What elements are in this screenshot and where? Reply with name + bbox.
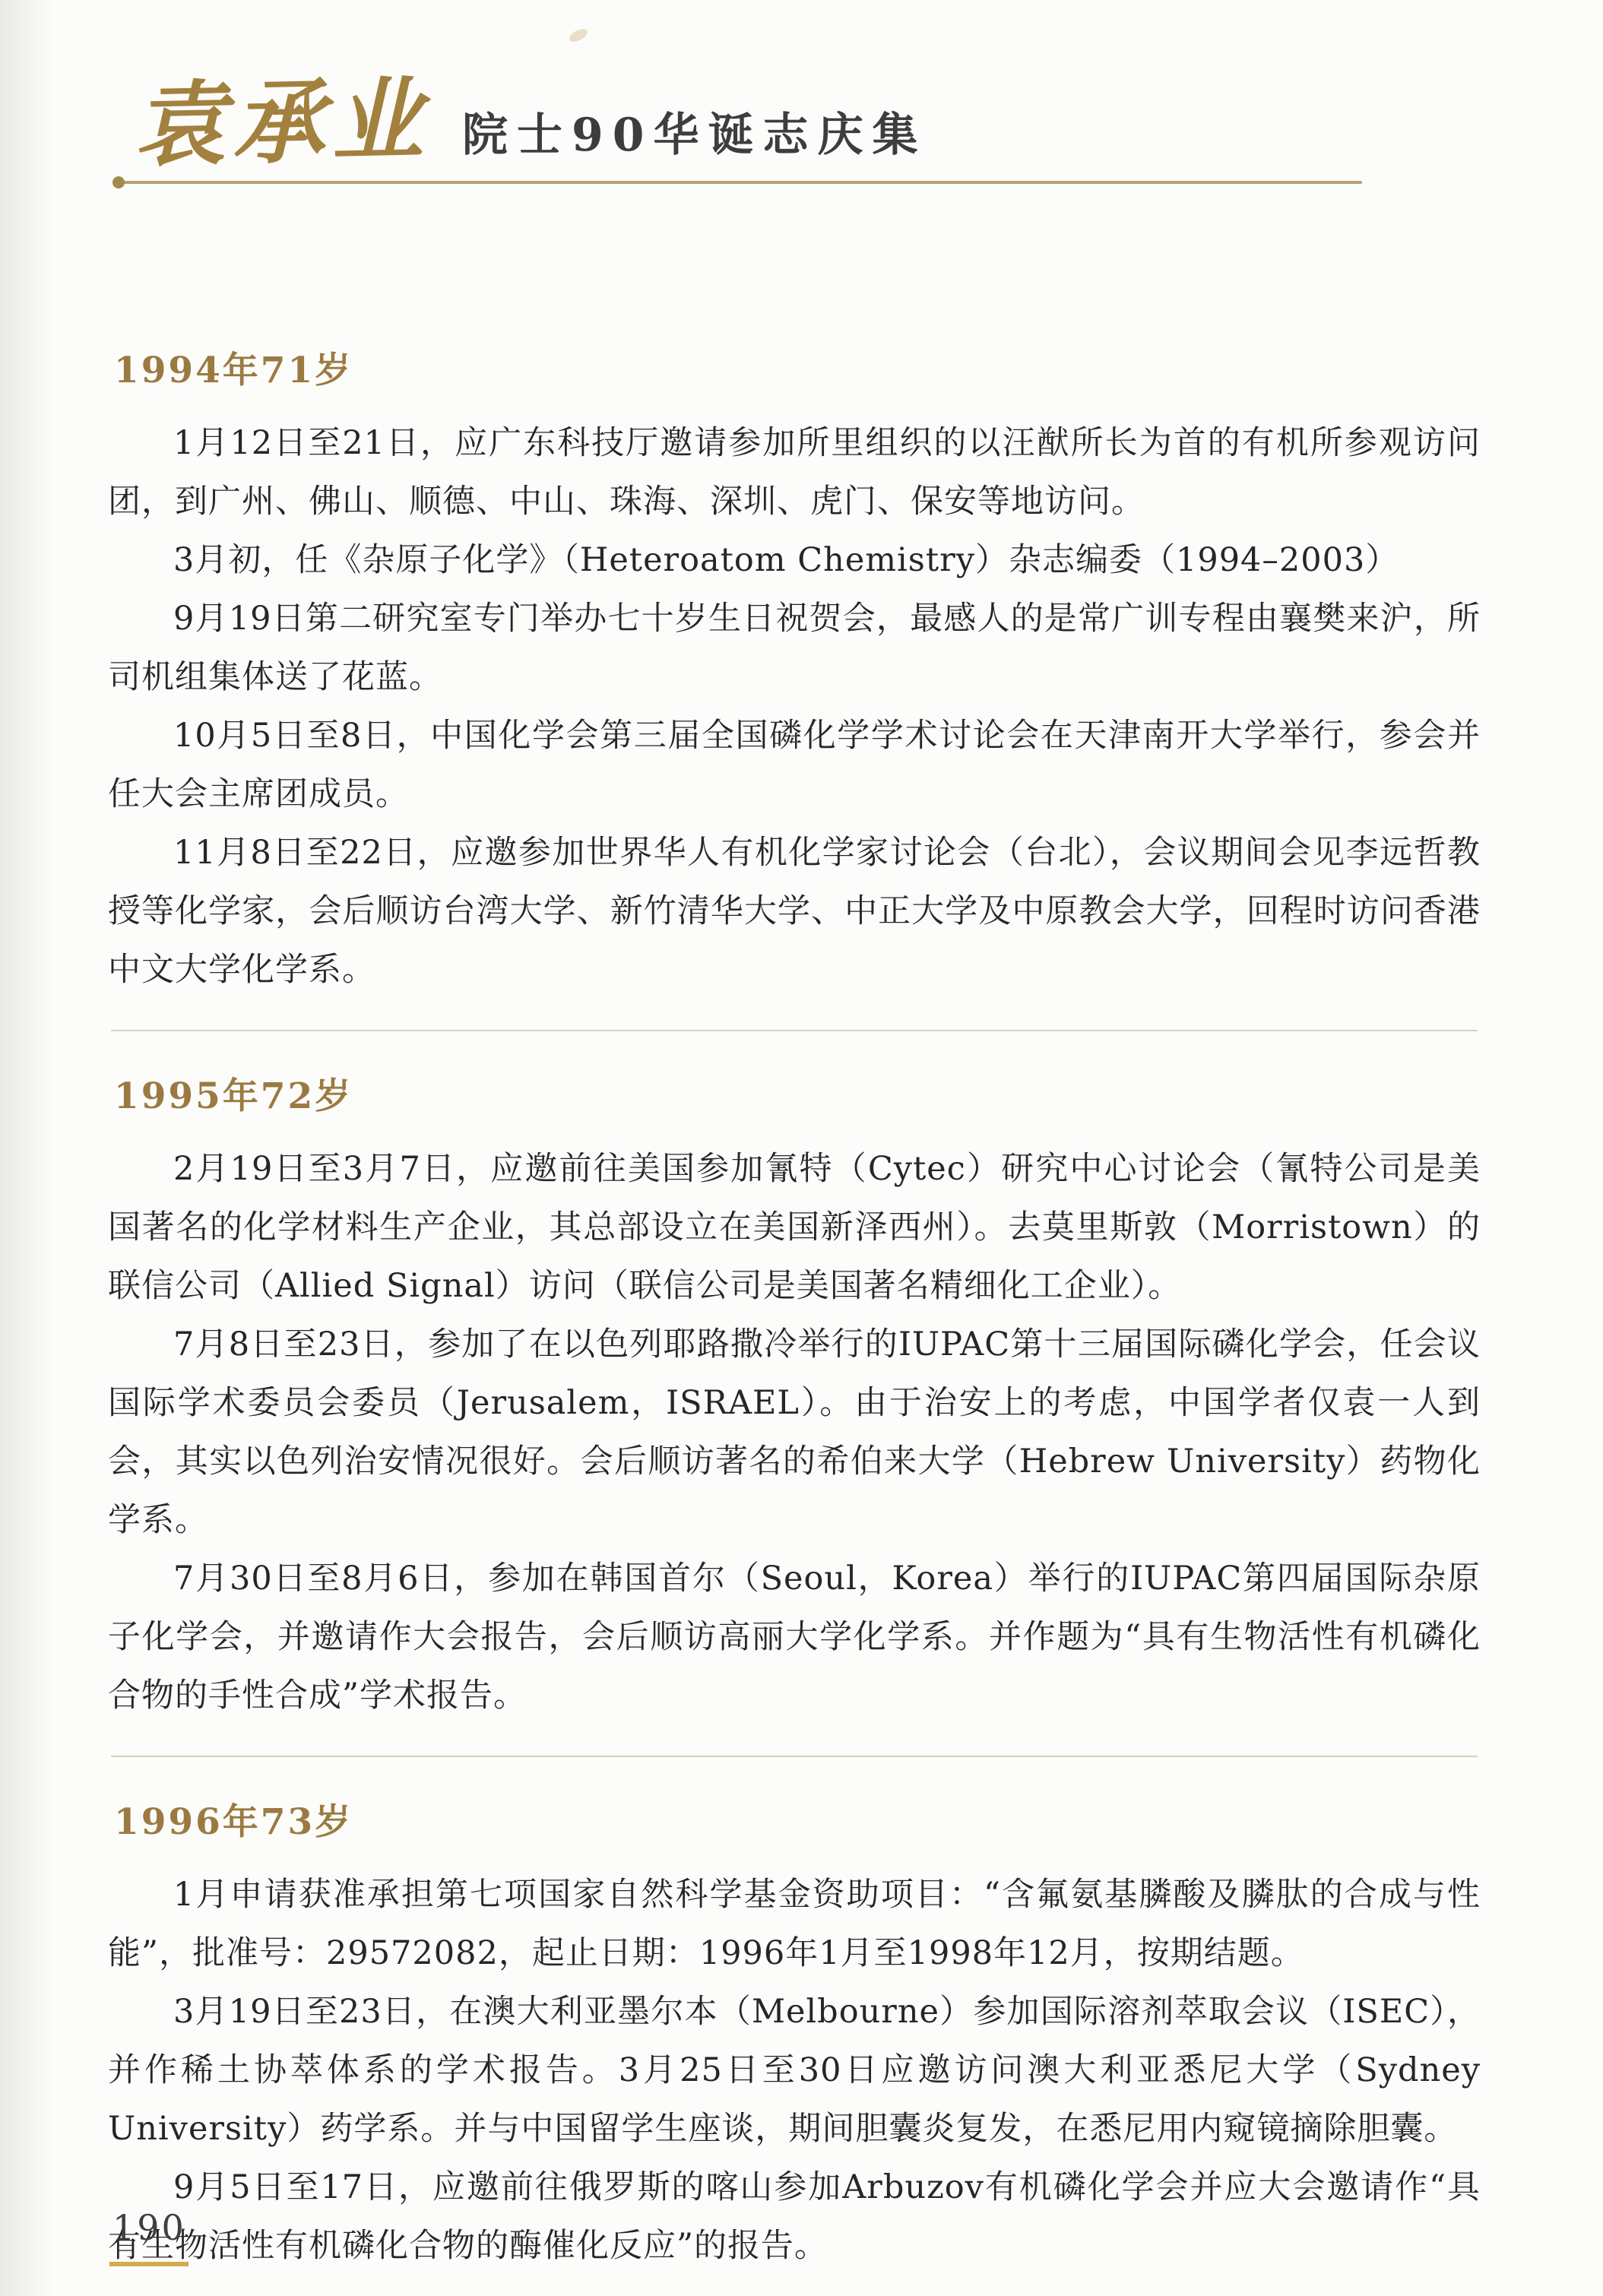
book-title-calligraphy: 袁承业 (133, 70, 432, 176)
header-rule (114, 181, 1362, 184)
section-1995: 1995年72岁 2月19日至3月7日，应邀前往美国参加氰特（Cytec）研究中… (108, 1068, 1481, 1725)
chronicle-entry: 7月30日至8月6日，参加在韩国首尔（Seoul，Korea）举行的IUPAC第… (108, 1550, 1481, 1725)
chronicle-content: 1994年71岁 1月12日至21日，应广东科技厅邀请参加所里组织的以汪猷所长为… (108, 342, 1481, 2275)
chronicle-entry: 3月19日至23日，在澳大利亚墨尔本（Melbourne）参加国际溶剂萃取会议（… (108, 1983, 1481, 2158)
year-heading-1995: 1995年72岁 (114, 1068, 1481, 1119)
chronicle-entry: 1月12日至21日，应广东科技厅邀请参加所里组织的以汪猷所长为首的有机所参观访问… (108, 414, 1481, 531)
chronicle-entry: 2月19日至3月7日，应邀前往美国参加氰特（Cytec）研究中心讨论会（氰特公司… (108, 1140, 1481, 1316)
section-divider (111, 1030, 1478, 1031)
section-1994: 1994年71岁 1月12日至21日，应广东科技厅邀请参加所里组织的以汪猷所长为… (108, 342, 1481, 999)
year-heading-1996: 1996年73岁 (114, 1794, 1481, 1845)
book-header: 袁承业 院士90华诞志庆集 (134, 73, 927, 173)
chronicle-entry: 9月19日第二研究室专门举办七十岁生日祝贺会，最感人的是常广训专程由襄樊来沪，所… (108, 590, 1481, 707)
chronicle-entry: 9月5日至17日，应邀前往俄罗斯的喀山参加Arbuzov有机磷化学会并应大会邀请… (108, 2158, 1481, 2275)
section-divider (111, 1756, 1478, 1757)
book-subtitle: 院士90华诞志庆集 (462, 99, 927, 173)
chronicle-entry: 11月8日至22日，应邀参加世界华人有机化学家讨论会（台北），会议期间会见李远哲… (108, 824, 1481, 999)
page-number: 190 (112, 2207, 186, 2248)
header-rule-dot (112, 176, 125, 188)
section-1996: 1996年73岁 1月申请获准承担第七项国家自然科学基金资助项目：“含氟氨基膦酸… (108, 1794, 1481, 2275)
page-number-underline (109, 2262, 188, 2266)
scan-artifact (567, 27, 589, 45)
chronicle-entry: 3月初，任《杂原子化学》（Heteroatom Chemistry）杂志编委（1… (108, 531, 1481, 590)
year-heading-1994: 1994年71岁 (114, 342, 1481, 393)
book-page: 袁承业 院士90华诞志庆集 1994年71岁 1月12日至21日，应广东科技厅邀… (0, 0, 1603, 2296)
chronicle-entry: 7月8日至23日，参加了在以色列耶路撒冷举行的IUPAC第十三届国际磷化学会，任… (108, 1316, 1481, 1550)
chronicle-entry: 10月5日至8日，中国化学会第三届全国磷化学学术讨论会在天津南开大学举行，参会并… (108, 707, 1481, 824)
chronicle-entry: 1月申请获准承担第七项国家自然科学基金资助项目：“含氟氨基膦酸及膦肽的合成与性能… (108, 1866, 1481, 1983)
